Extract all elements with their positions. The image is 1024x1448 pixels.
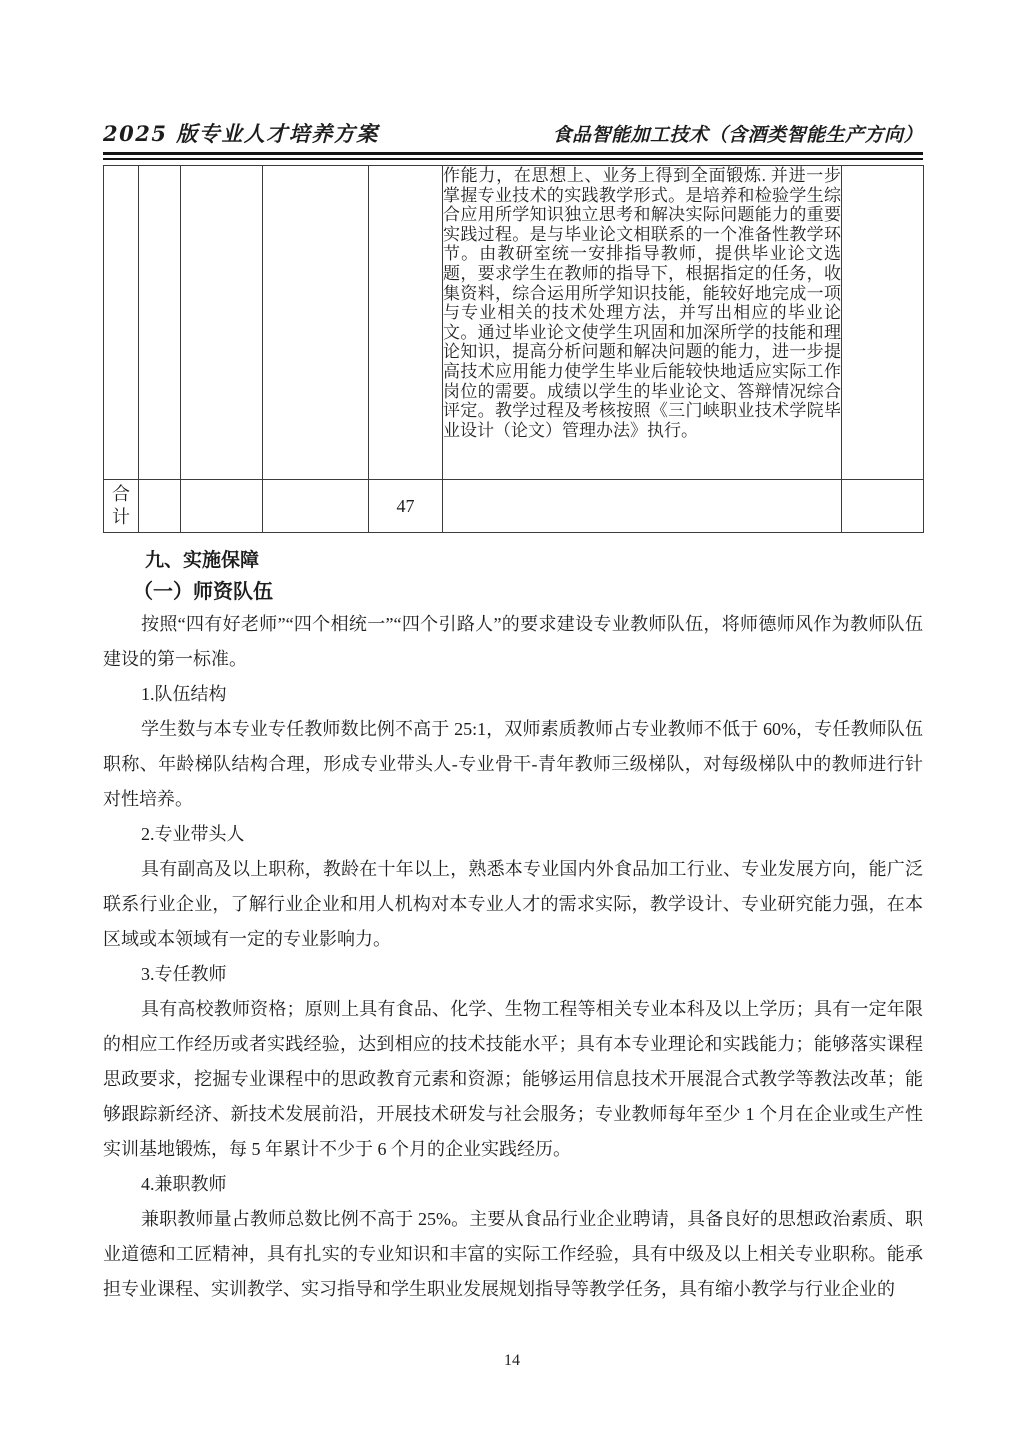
empty-cell bbox=[842, 480, 924, 533]
table-row-continuation: 作能力，在思想上、业务上得到全面锻炼. 并进一步掌握专业技术的实践教学形式。是培… bbox=[104, 166, 924, 480]
empty-cell bbox=[443, 480, 842, 533]
list-item-heading: 1.队伍结构 bbox=[103, 677, 923, 712]
table-row-total: 合计 47 bbox=[104, 480, 924, 533]
document-page: 2025 版专业人才培养方案 食品智能加工技术（含酒类智能生产方向） bbox=[0, 0, 1024, 1448]
paragraph: 具有副高及以上职称，教龄在十年以上，熟悉本专业国内外食品加工行业、专业发展方向，… bbox=[103, 852, 923, 957]
list-item-heading: 3.专任教师 bbox=[103, 957, 923, 992]
paragraph: 按照“四有好老师”“四个相统一”“四个引路人”的要求建设专业教师队伍，将师德师风… bbox=[103, 607, 923, 677]
list-item-heading: 2.专业带头人 bbox=[103, 817, 923, 852]
section-heading: 九、实施保障 bbox=[103, 545, 923, 575]
empty-cell bbox=[139, 166, 181, 480]
empty-cell bbox=[181, 166, 263, 480]
document-body: 九、实施保障 （一）师资队伍 按照“四有好老师”“四个相统一”“四个引路人”的要… bbox=[103, 545, 923, 1307]
subsection-heading: （一）师资队伍 bbox=[103, 575, 923, 607]
empty-cell bbox=[104, 166, 139, 480]
list-item-heading: 4.兼职教师 bbox=[103, 1167, 923, 1202]
paragraph: 具有高校教师资格；原则上具有食品、化学、生物工程等相关专业本科及以上学历；具有一… bbox=[103, 992, 923, 1167]
empty-cell bbox=[263, 166, 369, 480]
divider-thin-line bbox=[103, 158, 923, 160]
empty-cell bbox=[369, 166, 443, 480]
empty-cell bbox=[842, 166, 924, 480]
header-program-title: 食品智能加工技术（含酒类智能生产方向） bbox=[552, 120, 923, 147]
total-hours-cell: 47 bbox=[369, 480, 443, 533]
page-number: 14 bbox=[0, 1352, 1024, 1370]
empty-cell bbox=[263, 480, 369, 533]
course-description-cell: 作能力，在思想上、业务上得到全面锻炼. 并进一步掌握专业技术的实践教学形式。是培… bbox=[443, 166, 842, 480]
running-header: 2025 版专业人才培养方案 食品智能加工技术（含酒类智能生产方向） bbox=[103, 0, 923, 148]
course-plan-table: 作能力，在思想上、业务上得到全面锻炼. 并进一步掌握专业技术的实践教学形式。是培… bbox=[103, 165, 924, 533]
empty-cell bbox=[181, 480, 263, 533]
paragraph: 学生数与本专业专任教师数比例不高于 25:1，双师素质教师占专业教师不低于 60… bbox=[103, 712, 923, 817]
header-divider bbox=[103, 152, 923, 160]
total-label-cell: 合计 bbox=[104, 480, 139, 533]
header-document-title: 2025 版专业人才培养方案 bbox=[103, 118, 379, 148]
paragraph: 兼职教师量占教师总数比例不高于 25%。主要从食品行业企业聘请，具备良好的思想政… bbox=[103, 1202, 923, 1307]
empty-cell bbox=[139, 480, 181, 533]
